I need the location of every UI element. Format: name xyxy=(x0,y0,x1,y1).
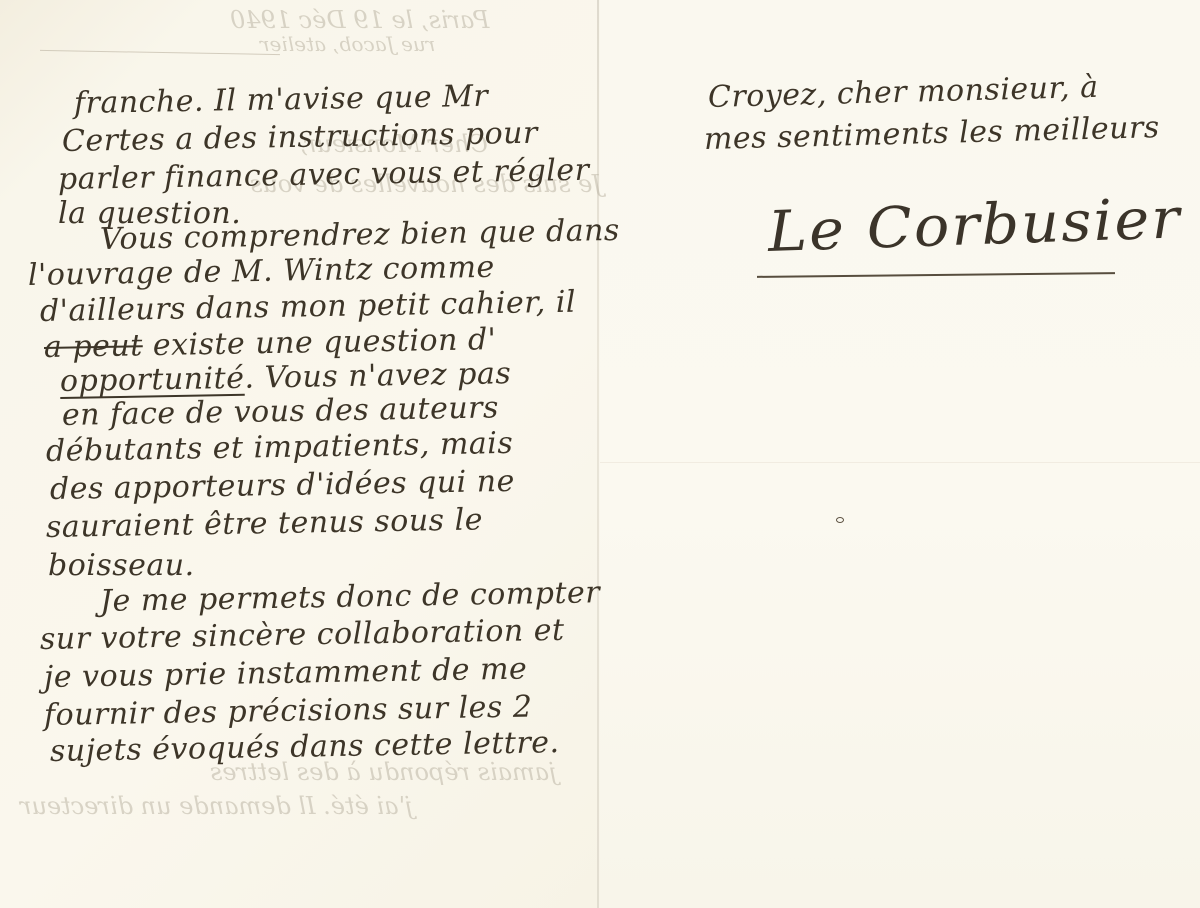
horizontal-fold xyxy=(600,462,1200,463)
struck-words: a peut xyxy=(44,328,143,365)
underlined-word: opportunité xyxy=(60,361,245,399)
show-through-line: j'ai été. Il demande un directeur xyxy=(20,792,413,820)
show-through-line: rue Jacob, atelier xyxy=(260,32,435,56)
letter-line: franche. Il m'avise que Mr xyxy=(74,79,489,121)
center-fold xyxy=(597,0,599,908)
signature: Le Corbusier xyxy=(767,186,1183,265)
show-through-line: Paris, le 19 Déc 1940 xyxy=(230,6,489,34)
letter-line: boisseau. xyxy=(48,548,195,583)
ink-spot xyxy=(836,517,844,523)
letter-scan: Paris, le 19 Déc 1940 rue Jacob, atelier… xyxy=(0,0,1200,908)
